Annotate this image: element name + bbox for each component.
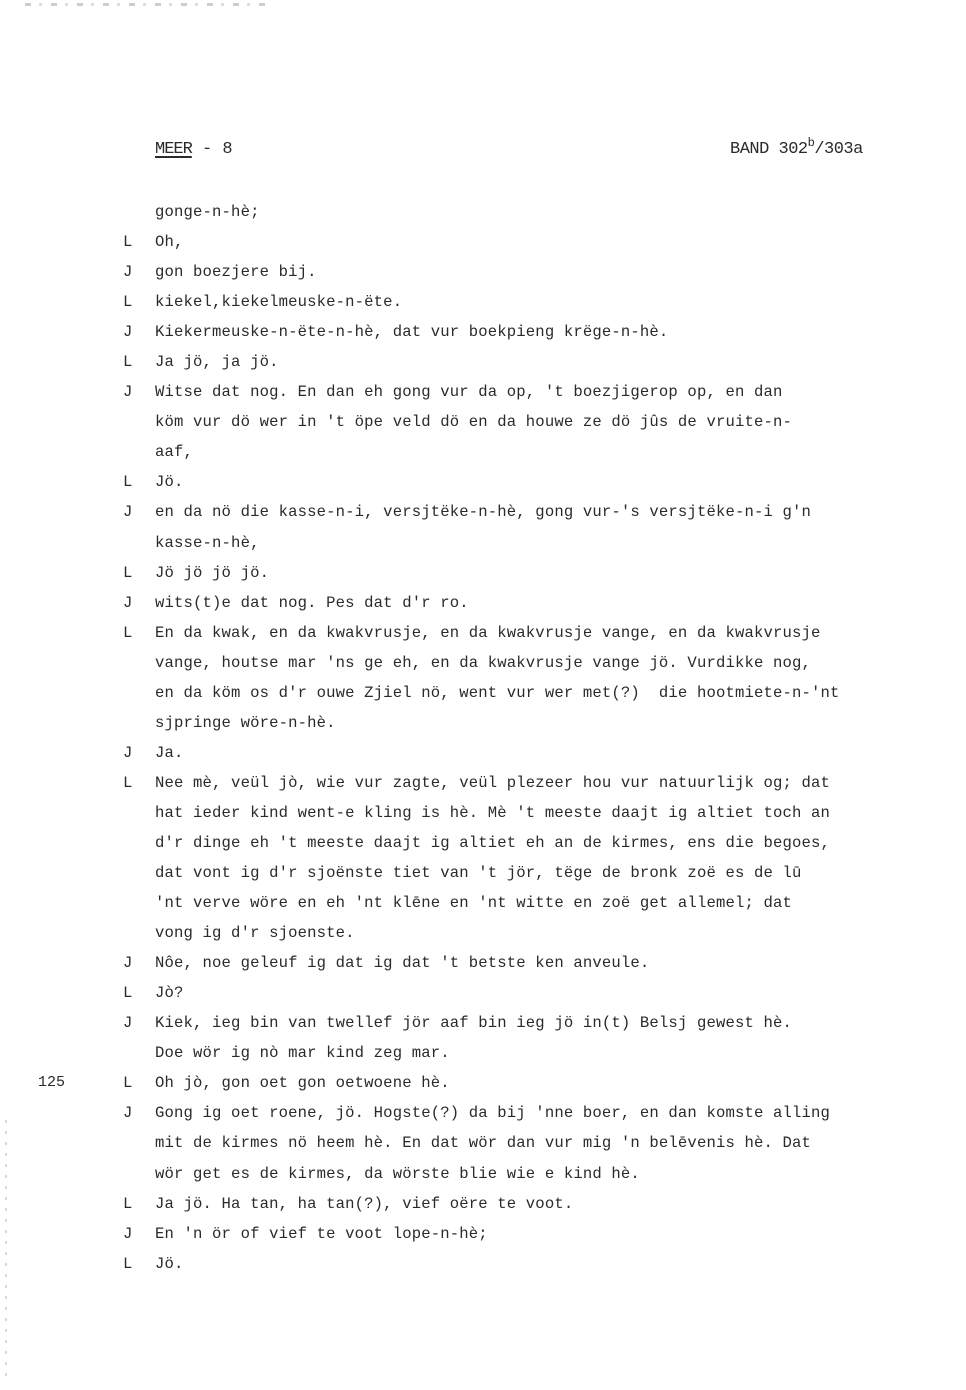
speaker-label: L: [123, 467, 132, 497]
speaker-label: L: [123, 347, 132, 377]
utterance-text: mit de kirmes nö heem hè. En dat wör dan…: [155, 1128, 811, 1158]
utterance-text: Jö.: [155, 1249, 184, 1279]
page-id: MEER - 8: [155, 140, 233, 159]
transcript-line: 'nt verve wöre en eh 'nt klēne en 'nt wi…: [0, 888, 966, 918]
speaker-label: L: [123, 558, 132, 588]
utterance-text: aaf,: [155, 437, 193, 467]
transcript-line: kasse-n-hè,: [0, 528, 966, 558]
utterance-text: Kiekermeuske-n-ëte-n-hè, dat vur boekpie…: [155, 317, 668, 347]
utterance-text: d'r dinge eh 't meeste daajt ig altiet e…: [155, 828, 830, 858]
speaker-label: L: [123, 287, 132, 317]
transcript-line: 125LOh jò, gon oet gon oetwoene hè.: [0, 1068, 966, 1098]
utterance-text: Oh,: [155, 227, 184, 257]
utterance-text: Ja jö, ja jö.: [155, 347, 279, 377]
transcript-line: Jwits(t)e dat nog. Pes dat d'r ro.: [0, 588, 966, 618]
transcript-line: LOh,: [0, 227, 966, 257]
utterance-text: en da nö die kasse-n-i, versjtëke-n-hè, …: [155, 497, 811, 527]
speaker-label: L: [123, 1189, 132, 1219]
speaker-label: J: [123, 317, 132, 347]
utterance-text: Jö jö jö jö.: [155, 558, 269, 588]
transcript-line: LJò?: [0, 978, 966, 1008]
utterance-text: gon boezjere bij.: [155, 257, 317, 287]
transcript-line: aaf,: [0, 437, 966, 467]
transcript-line: JWitse dat nog. En dan eh gong vur da op…: [0, 377, 966, 407]
utterance-text: En 'n ör of vief te voot lope-n-hè;: [155, 1219, 488, 1249]
speaker-label: J: [123, 1219, 132, 1249]
speaker-label: L: [123, 618, 132, 648]
utterance-text: Gong ig oet roene, jö. Hogste(?) da bij …: [155, 1098, 830, 1128]
transcript-line: LEn da kwak, en da kwakvrusje, en da kwa…: [0, 618, 966, 648]
utterance-text: Ja jö. Ha tan, ha tan(?), vief oëre te v…: [155, 1189, 573, 1219]
utterance-text: vong ig d'r sjoenste.: [155, 918, 355, 948]
utterance-text: wits(t)e dat nog. Pes dat d'r ro.: [155, 588, 469, 618]
transcript-line: JKiek, ieg bin van twellef jör aaf bin i…: [0, 1008, 966, 1038]
page-number: 8: [222, 140, 232, 159]
transcript-line: vange, houtse mar 'ns ge eh, en da kwakv…: [0, 648, 966, 678]
speaker-label: J: [123, 1008, 132, 1038]
band-label: BAND 302: [730, 140, 808, 159]
speaker-label: J: [123, 738, 132, 768]
utterance-text: Oh jò, gon oet gon oetwoene hè.: [155, 1068, 450, 1098]
speaker-label: J: [123, 257, 132, 287]
speaker-label: L: [123, 978, 132, 1008]
utterance-text: kasse-n-hè,: [155, 528, 260, 558]
utterance-text: Nee mè, veül jò, wie vur zagte, veül ple…: [155, 768, 830, 798]
speaker-label: L: [123, 1249, 132, 1279]
utterance-text: Nôe, noe geleuf ig dat ig dat 't betste …: [155, 948, 649, 978]
utterance-text: wör get es de kirmes, da wörste blie wie…: [155, 1159, 640, 1189]
transcript-line: JNôe, noe geleuf ig dat ig dat 't betste…: [0, 948, 966, 978]
transcript-line: vong ig d'r sjoenste.: [0, 918, 966, 948]
transcript-line: Jen da nö die kasse-n-i, versjtëke-n-hè,…: [0, 497, 966, 527]
utterance-text: 'nt verve wöre en eh 'nt klēne en 'nt wi…: [155, 888, 792, 918]
utterance-text: dat vont ig d'r sjoënste tiet van 't jör…: [155, 858, 802, 888]
transcript-line: JEn 'n ör of vief te voot lope-n-hè;: [0, 1219, 966, 1249]
utterance-text: Jö.: [155, 467, 184, 497]
transcript-line: köm vur dö wer in 't öpe veld dö en da h…: [0, 407, 966, 437]
utterance-text: hat ieder kind went-e kling is hè. Mè 't…: [155, 798, 830, 828]
speaker-label: J: [123, 377, 132, 407]
transcript-line: LJö jö jö jö.: [0, 558, 966, 588]
utterance-text: sjpringe wöre-n-hè.: [155, 708, 336, 738]
transcript-line: Lkiekel,kiekelmeuske-n-ëte.: [0, 287, 966, 317]
page-header: MEER - 8 BAND 302b/303a: [0, 140, 966, 166]
utterance-text: en da köm os d'r ouwe Zjiel nö, went vur…: [155, 678, 840, 708]
speaker-label: J: [123, 948, 132, 978]
speaker-label: L: [123, 227, 132, 257]
document-code: MEER: [155, 140, 192, 159]
speaker-label: L: [123, 1068, 132, 1098]
transcript-line: sjpringe wöre-n-hè.: [0, 708, 966, 738]
transcript-line: d'r dinge eh 't meeste daajt ig altiet e…: [0, 828, 966, 858]
transcript-line: LJö.: [0, 1249, 966, 1279]
transcript-line: JJa.: [0, 738, 966, 768]
speaker-label: L: [123, 768, 132, 798]
transcript-line: gonge-n-hè;: [0, 197, 966, 227]
transcript-line: en da köm os d'r ouwe Zjiel nö, went vur…: [0, 678, 966, 708]
transcript-line: LJa jö. Ha tan, ha tan(?), vief oëre te …: [0, 1189, 966, 1219]
transcript-line: Doe wör ig nò mar kind zeg mar.: [0, 1038, 966, 1068]
transcript-line: dat vont ig d'r sjoënste tiet van 't jör…: [0, 858, 966, 888]
utterance-text: gonge-n-hè;: [155, 197, 260, 227]
utterance-text: Ja.: [155, 738, 184, 768]
band-reference: BAND 302b/303a: [730, 140, 863, 159]
utterance-text: kiekel,kiekelmeuske-n-ëte.: [155, 287, 402, 317]
transcript-line: LJö.: [0, 467, 966, 497]
transcript-line: hat ieder kind went-e kling is hè. Mè 't…: [0, 798, 966, 828]
speaker-label: J: [123, 588, 132, 618]
transcript: gonge-n-hè; LOh, Jgon boezjere bij. Lkie…: [0, 197, 966, 1279]
utterance-text: vange, houtse mar 'ns ge eh, en da kwakv…: [155, 648, 811, 678]
utterance-text: Jò?: [155, 978, 184, 1008]
utterance-text: Witse dat nog. En dan eh gong vur da op,…: [155, 377, 783, 407]
utterance-text: En da kwak, en da kwakvrusje, en da kwak…: [155, 618, 821, 648]
band-rest: /303a: [814, 140, 863, 159]
header-separator: -: [192, 140, 223, 159]
transcript-line: JGong ig oet roene, jö. Hogste(?) da bij…: [0, 1098, 966, 1128]
transcript-line: LJa jö, ja jö.: [0, 347, 966, 377]
speaker-label: J: [123, 1098, 132, 1128]
margin-line-number: 125: [38, 1068, 65, 1098]
transcript-line: JKiekermeuske-n-ëte-n-hè, dat vur boekpi…: [0, 317, 966, 347]
scan-artifact-top: [25, 3, 265, 6]
transcript-line: mit de kirmes nö heem hè. En dat wör dan…: [0, 1128, 966, 1158]
utterance-text: Kiek, ieg bin van twellef jör aaf bin ie…: [155, 1008, 792, 1038]
transcript-line: LNee mè, veül jò, wie vur zagte, veül pl…: [0, 768, 966, 798]
utterance-text: köm vur dö wer in 't öpe veld dö en da h…: [155, 407, 792, 437]
transcript-line: Jgon boezjere bij.: [0, 257, 966, 287]
speaker-label: J: [123, 497, 132, 527]
transcript-line: wör get es de kirmes, da wörste blie wie…: [0, 1159, 966, 1189]
utterance-text: Doe wör ig nò mar kind zeg mar.: [155, 1038, 450, 1068]
